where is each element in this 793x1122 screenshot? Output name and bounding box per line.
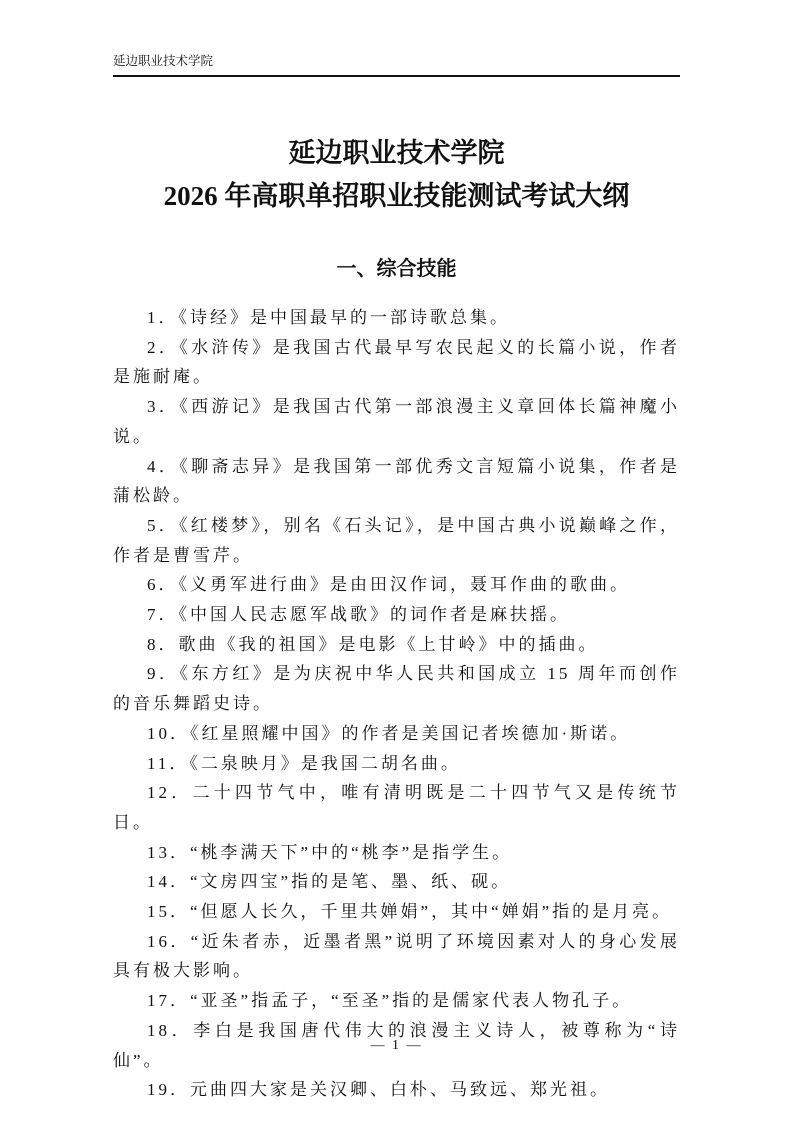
list-item: 3．《西游记》是我国古代第一部浪漫主义章回体长篇神魔小说。: [113, 392, 680, 451]
list-item: 11．《二泉映月》是我国二胡名曲。: [113, 749, 680, 779]
page-content: 延边职业技术学院 2026 年高职单招职业技能测试考试大纲 一、综合技能 1．《…: [113, 0, 680, 1105]
list-item: 6．《义勇军进行曲》是由田汉作词，聂耳作曲的歌曲。: [113, 570, 680, 600]
list-item: 2．《水浒传》是我国古代最早写农民起义的长篇小说，作者是施耐庵。: [113, 333, 680, 392]
document-page: 延边职业技术学院 延边职业技术学院 2026 年高职单招职业技能测试考试大纲 一…: [0, 0, 793, 1122]
list-item: 5．《红楼梦》，别名《石头记》，是中国古典小说巅峰之作，作者是曹雪芹。: [113, 511, 680, 570]
list-item: 12．二十四节气中，唯有清明既是二十四节气又是传统节日。: [113, 778, 680, 837]
document-title-line1: 延边职业技术学院: [113, 132, 680, 175]
list-item: 1．《诗经》是中国最早的一部诗歌总集。: [113, 303, 680, 333]
list-item: 15．“但愿人长久，千里共婵娟”，其中“婵娟”指的是月亮。: [113, 897, 680, 927]
list-item: 7．《中国人民志愿军战歌》的词作者是麻扶摇。: [113, 600, 680, 630]
item-list: 1．《诗经》是中国最早的一部诗歌总集。 2．《水浒传》是我国古代最早写农民起义的…: [113, 303, 680, 1105]
list-item: 9．《东方红》是为庆祝中华人民共和国成立 15 周年而创作的音乐舞蹈史诗。: [113, 659, 680, 718]
list-item: 13．“桃李满天下”中的“桃李”是指学生。: [113, 838, 680, 868]
list-item: 4．《聊斋志异》是我国第一部优秀文言短篇小说集，作者是蒲松龄。: [113, 452, 680, 511]
list-item: 17．“亚圣”指孟子，“至圣”指的是儒家代表人物孔子。: [113, 986, 680, 1016]
section-heading: 一、综合技能: [113, 255, 680, 283]
list-item: 8．歌曲《我的祖国》是电影《上甘岭》中的插曲。: [113, 630, 680, 660]
list-item: 14．“文房四宝”指的是笔、墨、纸、砚。: [113, 867, 680, 897]
document-title: 延边职业技术学院 2026 年高职单招职业技能测试考试大纲: [113, 132, 680, 218]
list-item: 10．《红星照耀中国》的作者是美国记者埃德加·斯诺。: [113, 719, 680, 749]
list-item: 19．元曲四大家是关汉卿、白朴、马致远、郑光祖。: [113, 1075, 680, 1105]
document-title-line2: 2026 年高职单招职业技能测试考试大纲: [113, 175, 680, 218]
list-item: 16．“近朱者赤，近墨者黑”说明了环境因素对人的身心发展具有极大影响。: [113, 927, 680, 986]
page-number: — 1 —: [0, 1038, 793, 1054]
